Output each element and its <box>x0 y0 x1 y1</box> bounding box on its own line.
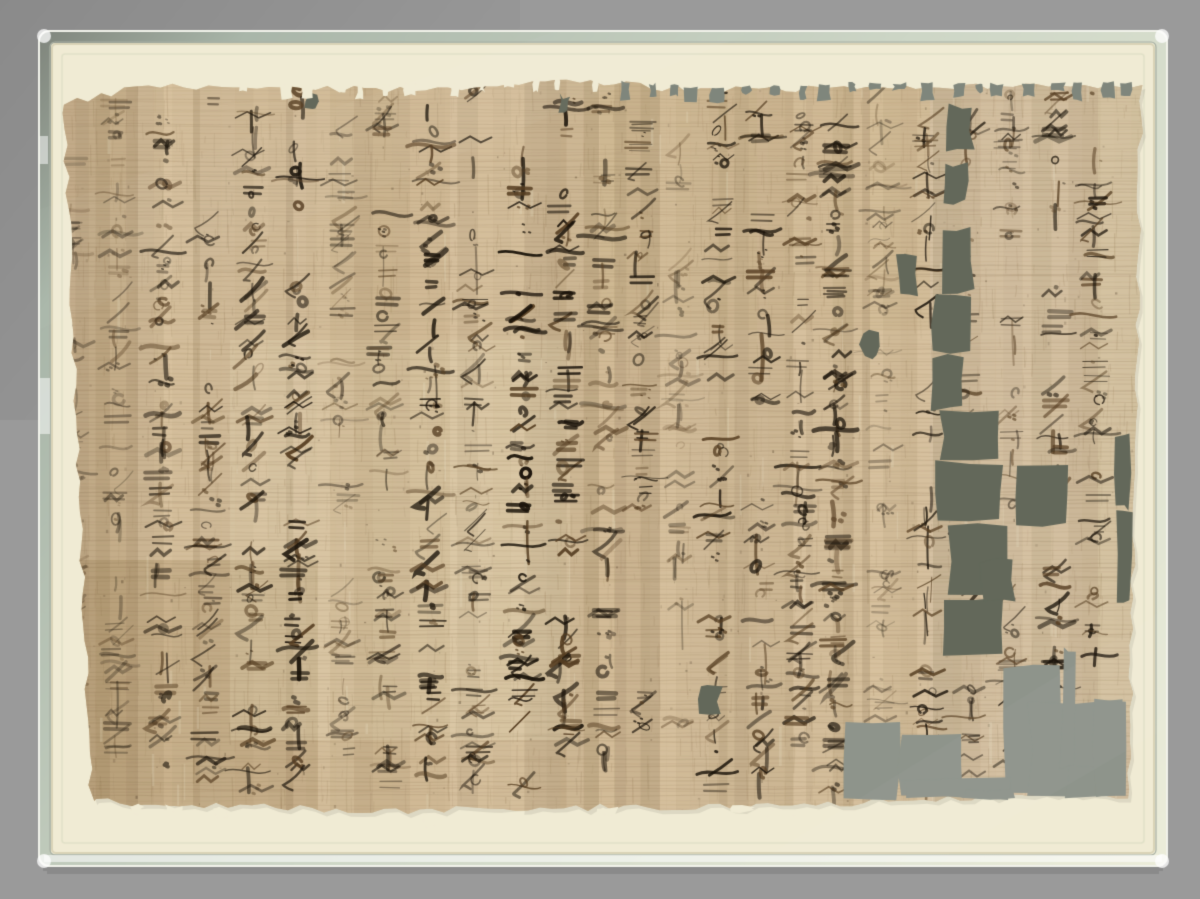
papyrus-artifact-canvas <box>0 0 1200 899</box>
photograph-of-papyrus <box>0 0 1200 899</box>
